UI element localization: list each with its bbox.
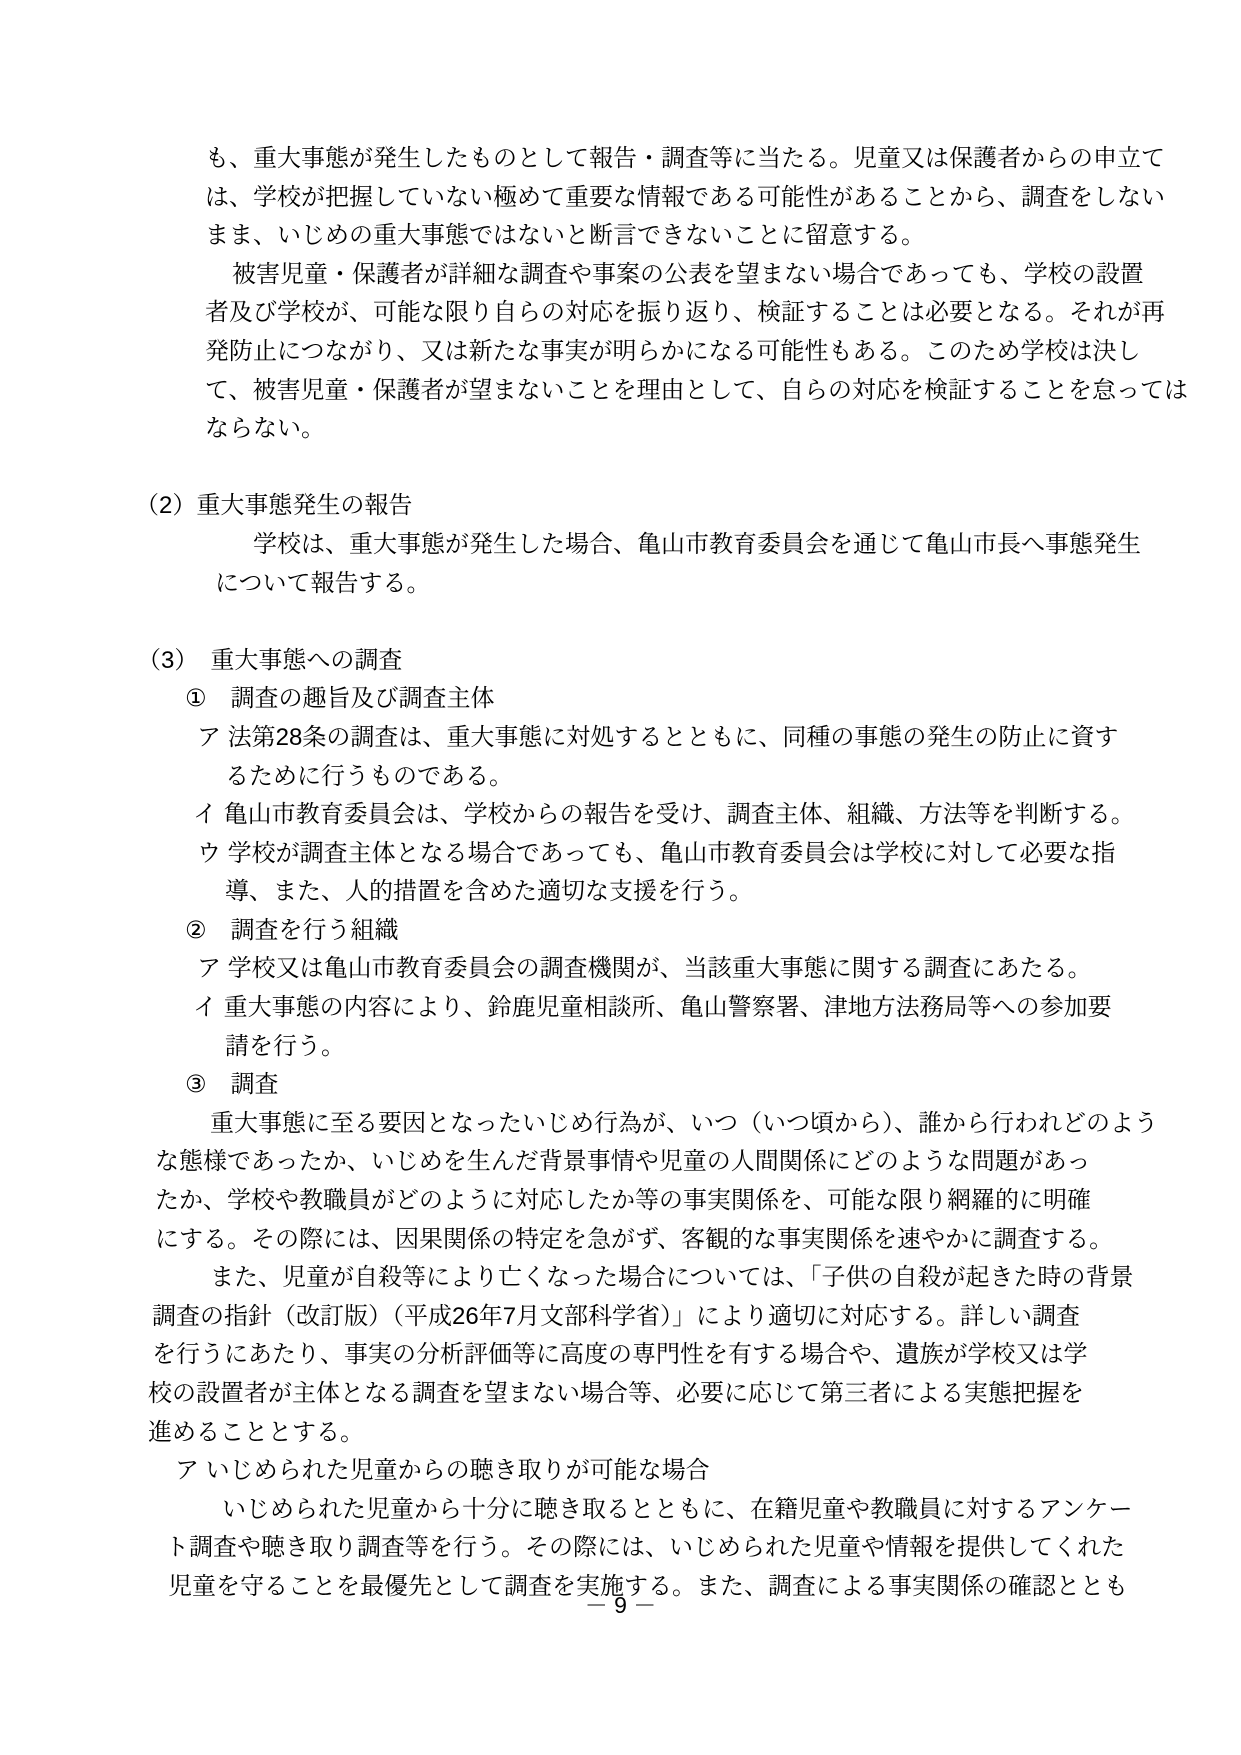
page-number: － 9 － [0,1590,1241,1620]
text-line: また、児童が自殺等により亡くなった場合については、「子供の自殺が起きた時の背景 [0,1259,1241,1298]
text-line: ウ 学校が調査主体となる場合であっても、亀山市教育委員会は学校に対して必要な指 [0,835,1241,874]
text-line: 発防止につながり、又は新たな事実が明らかになる可能性もある。このため学校は決し [0,333,1241,372]
text-line: について報告する。 [0,565,1241,604]
text-line: まま、いじめの重大事態ではないと断言できないことに留意する。 [0,217,1241,256]
text-line [0,449,1241,488]
text-line: いじめられた児童から十分に聴き取るとともに、在籍児童や教職員に対するアンケー [0,1491,1241,1530]
text-line [0,603,1241,642]
text-line: ③ 調査 [0,1066,1241,1105]
text-line: 調査の指針（改訂版）（平成26年7月文部科学省）」により適切に対応する。詳しい調… [0,1298,1241,1337]
text-line: な態様であったか、いじめを生んだ背景事情や児童の人間関係にどのような問題があっ [0,1143,1241,1182]
text-line: たか、学校や教職員がどのように対応したか等の事実関係を、可能な限り網羅的に明確 [0,1182,1241,1221]
text-line: イ 重大事態の内容により、鈴鹿児童相談所、亀山警察署、津地方法務局等への参加要 [0,989,1241,1028]
text-line: て、被害児童・保護者が望まないことを理由として、自らの対応を検証することを怠って… [0,372,1241,411]
text-line: ア いじめられた児童からの聴き取りが可能な場合 [0,1452,1241,1491]
text-line: を行うにあたり、事実の分析評価等に高度の専門性を有する場合や、遺族が学校又は学 [0,1336,1241,1375]
text-line: 請を行う。 [0,1028,1241,1067]
text-line: ① 調査の趣旨及び調査主体 [0,680,1241,719]
text-line: 進めることとする。 [0,1414,1241,1453]
text-line: （3） 重大事態への調査 [0,642,1241,681]
text-line: イ 亀山市教育委員会は、学校からの報告を受け、調査主体、組織、方法等を判断する。 [0,796,1241,835]
text-line: ならない。 [0,410,1241,449]
text-line: （2）重大事態発生の報告 [0,487,1241,526]
text-line: は、学校が把握していない極めて重要な情報である可能性があることから、調査をしない [0,179,1241,218]
text-line: 導、また、人的措置を含めた適切な支援を行う。 [0,873,1241,912]
text-line: ア 法第28条の調査は、重大事態に対処するとともに、同種の事態の発生の防止に資す [0,719,1241,758]
document-body: も、重大事態が発生したものとして報告・調査等に当たる。児童又は保護者からの申立て… [0,140,1241,1607]
text-line: 学校は、重大事態が発生した場合、亀山市教育委員会を通じて亀山市長へ事態発生 [0,526,1241,565]
text-line: 校の設置者が主体となる調査を望まない場合等、必要に応じて第三者による実態把握を [0,1375,1241,1414]
text-line: ② 調査を行う組織 [0,912,1241,951]
text-line: 重大事態に至る要因となったいじめ行為が、いつ（いつ頃から）、誰から行われどのよう [0,1105,1241,1144]
text-line: ア 学校又は亀山市教育委員会の調査機関が、当該重大事態に関する調査にあたる。 [0,950,1241,989]
document-page: も、重大事態が発生したものとして報告・調査等に当たる。児童又は保護者からの申立て… [0,0,1241,1755]
text-line: も、重大事態が発生したものとして報告・調査等に当たる。児童又は保護者からの申立て [0,140,1241,179]
text-line: ト調査や聴き取り調査等を行う。その際には、いじめられた児童や情報を提供してくれた [0,1529,1241,1568]
text-line: るために行うものである。 [0,758,1241,797]
text-line: 被害児童・保護者が詳細な調査や事案の公表を望まない場合であっても、学校の設置 [0,256,1241,295]
text-line: にする。その際には、因果関係の特定を急がず、客観的な事実関係を速やかに調査する。 [0,1221,1241,1260]
text-line: 者及び学校が、可能な限り自らの対応を振り返り、検証することは必要となる。それが再 [0,294,1241,333]
